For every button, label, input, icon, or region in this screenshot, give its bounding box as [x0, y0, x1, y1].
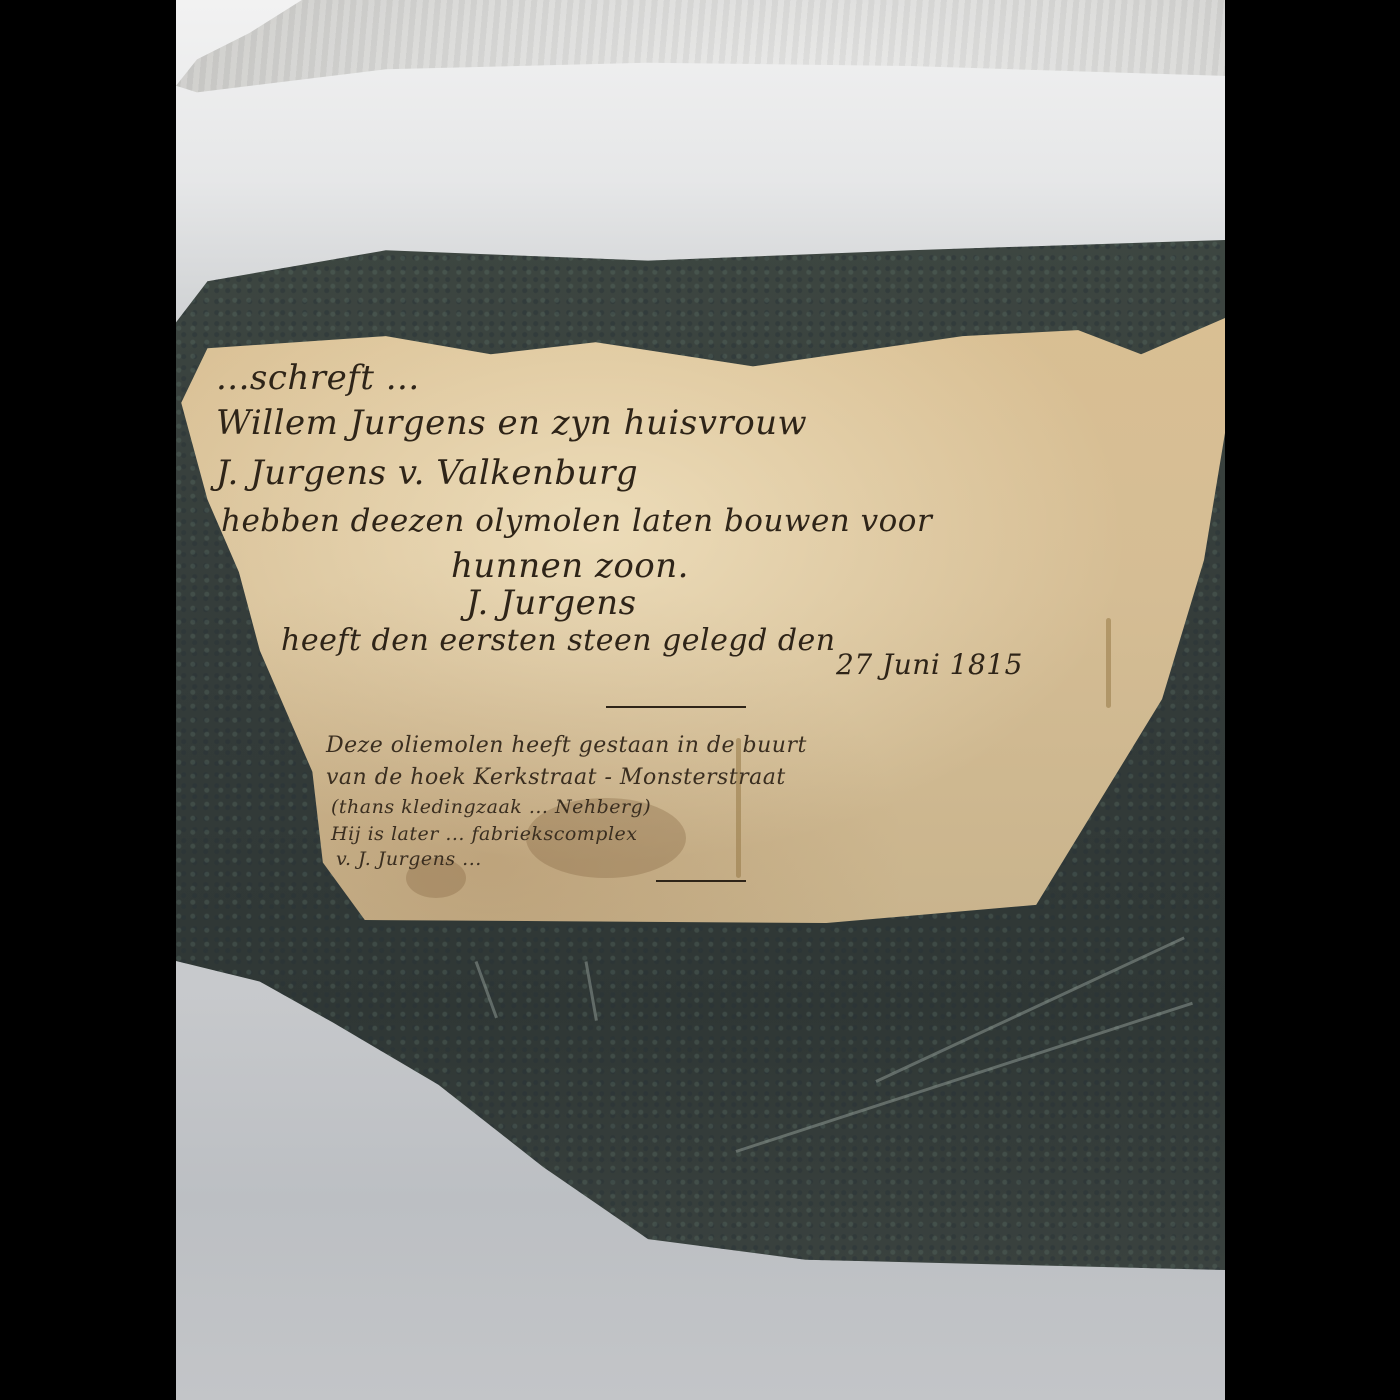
label-line-5: hunnen zoon. — [451, 546, 689, 586]
label-line-2: Willem Jurgens en zyn huisvrouw — [216, 403, 807, 443]
label-line-1: ...schreft ... — [216, 358, 420, 398]
note-line-5: v. J. Jurgens ... — [336, 848, 482, 870]
note-line-3: (thans kledingzaak ... Nehberg) — [331, 796, 651, 818]
label-line-7: heeft den eersten steen gelegd den — [281, 623, 836, 658]
label-date: 27 Juni 1815 — [836, 648, 1023, 681]
black-frame: ...schreft ... Willem Jurgens en zyn hui… — [0, 0, 1400, 1400]
label-drip — [1106, 618, 1111, 708]
label-drip — [736, 738, 741, 878]
note-line-2: van de hoek Kerkstraat - Monsterstraat — [326, 765, 786, 790]
label-line-4: hebben deezen olymolen laten bouwen voor — [221, 503, 932, 539]
photo: ...schreft ... Willem Jurgens en zyn hui… — [176, 0, 1225, 1400]
note-line-1: Deze oliemolen heeft gestaan in de buurt — [326, 733, 807, 758]
note-line-4: Hij is later ... fabriekscomplex — [331, 823, 638, 845]
label-divider — [606, 706, 746, 708]
label-line-3: J. Jurgens v. Valkenburg — [216, 453, 638, 493]
paper-label: ...schreft ... Willem Jurgens en zyn hui… — [176, 318, 1225, 923]
label-bottom-divider — [656, 880, 746, 882]
label-line-6: J. Jurgens — [466, 583, 637, 623]
